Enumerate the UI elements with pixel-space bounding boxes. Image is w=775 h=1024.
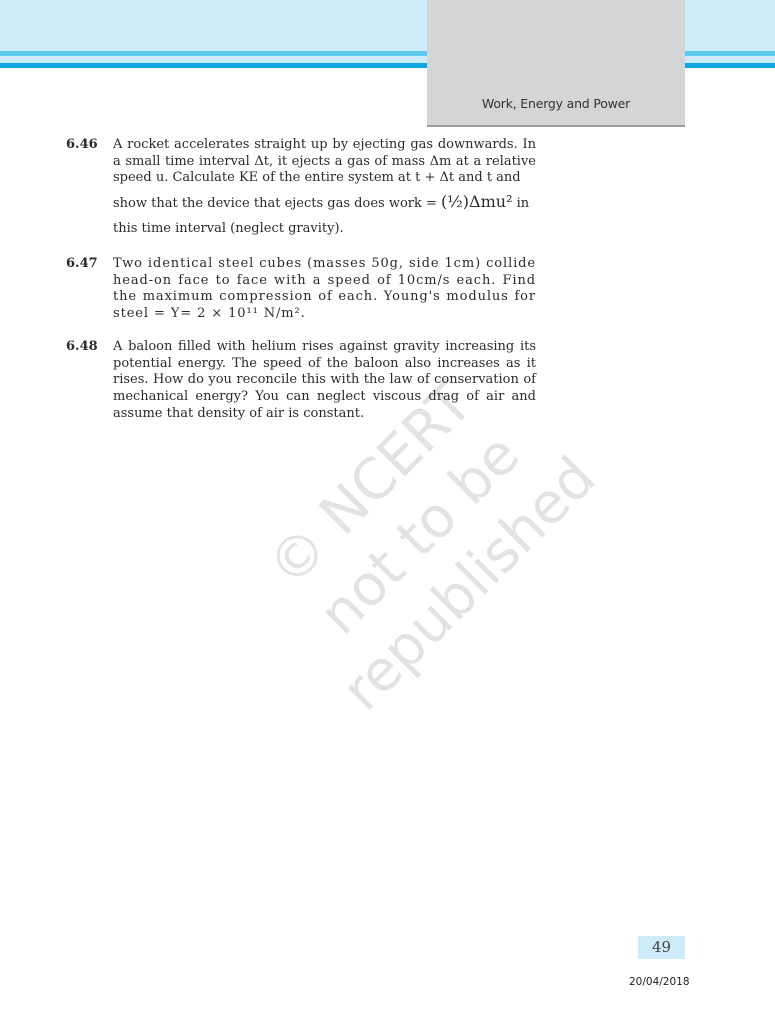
- print-date: 20/04/2018: [629, 976, 690, 988]
- page-number: 49: [638, 936, 685, 959]
- chapter-title: Work, Energy and Power: [427, 96, 685, 111]
- watermark-line-1: © NCERT: [148, 263, 593, 708]
- question-6-48: 6.48 A baloon filled with helium rises a…: [66, 339, 536, 423]
- chapter-tab: Work, Energy and Power: [427, 0, 685, 127]
- question-text: Two identical steel cubes (masses 50g, s…: [113, 256, 536, 323]
- question-text: A rocket accelerates straight up by ejec…: [113, 137, 536, 187]
- question-number: 6.46: [66, 137, 98, 154]
- question-text: A baloon filled with helium rises agains…: [113, 339, 536, 423]
- question-6-47: 6.47 Two identical steel cubes (masses 5…: [66, 256, 536, 323]
- formula-suffix: in: [512, 196, 529, 211]
- question-text-tail: this time interval (neglect gravity).: [113, 221, 536, 238]
- question-6-46: 6.46 A rocket accelerates straight up by…: [66, 137, 536, 238]
- formula-prefix: show that the device that ejects gas doe…: [113, 196, 441, 211]
- question-number: 6.47: [66, 256, 98, 273]
- question-formula-line: show that the device that ejects gas doe…: [113, 189, 536, 217]
- question-number: 6.48: [66, 339, 98, 356]
- work-formula: (½)Δmu²: [441, 192, 512, 211]
